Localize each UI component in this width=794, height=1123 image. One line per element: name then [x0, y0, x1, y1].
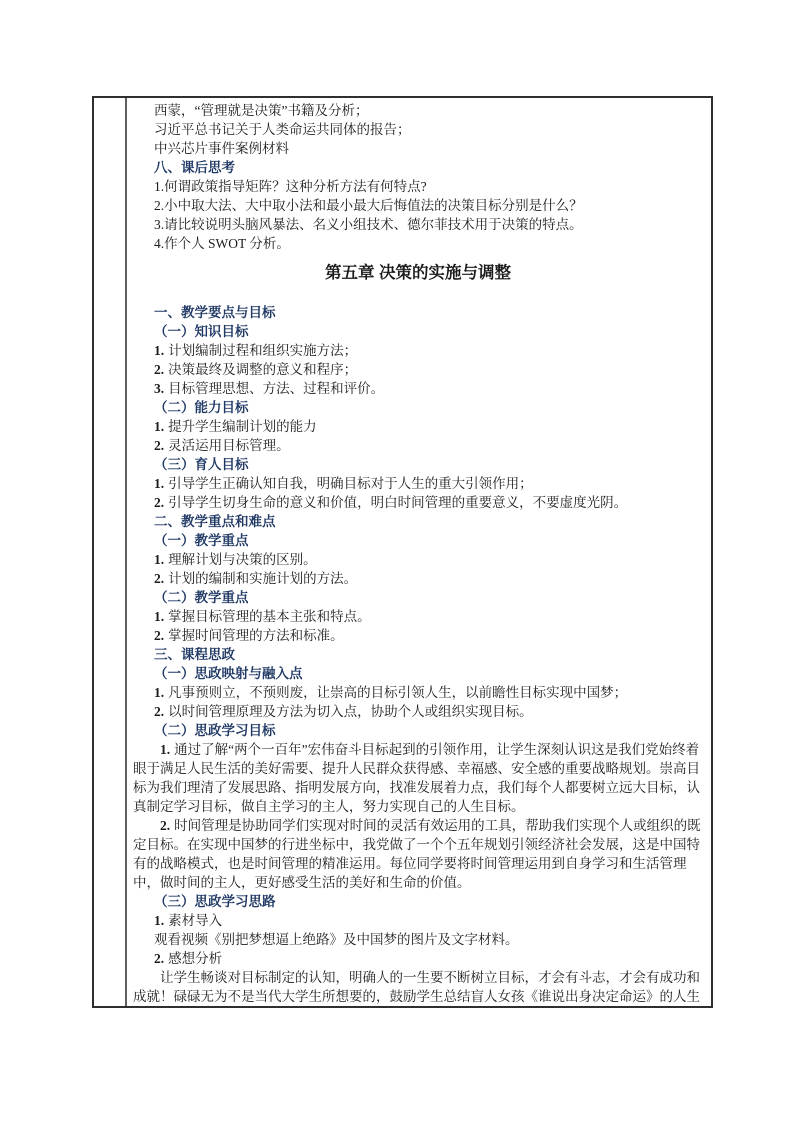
subsection-heading-keypoint-2: （二）教学重点 — [133, 588, 703, 607]
item-number: 3. — [154, 381, 164, 396]
item-text: 决策最终及调整的意义和程序； — [168, 362, 357, 377]
list-item: 1.提升学生编制计划的能力 — [133, 417, 703, 436]
item-number: 1. — [160, 742, 170, 757]
list-item: 2.掌握时间管理的方法和标准。 — [133, 626, 703, 645]
item-text: 感想分析 — [168, 951, 222, 966]
list-item: 1.计划编制过程和组织实施方法； — [133, 341, 703, 360]
list-item: 2.灵活运用目标管理。 — [133, 436, 703, 455]
list-item: 1.引导学生正确认知自我，明确目标对于人生的重大引领作用； — [133, 474, 703, 493]
item-number: 2. — [154, 951, 164, 966]
item-text: 目标管理思想、方法、过程和评价。 — [168, 381, 384, 396]
list-item: 1.理解计划与决策的区别。 — [133, 550, 703, 569]
item-text: 素材导入 — [168, 913, 222, 928]
item-number: 1. — [154, 609, 164, 624]
document-page: 西蒙，“管理就是决策”书籍及分析； 习近平总书记关于人类命运共同体的报告； 中兴… — [0, 0, 794, 1123]
homework-item: 3.请比较说明头脑风暴法、名义小组技术、德尔菲技术用于决策的特点。 — [133, 215, 703, 234]
item-text: 以时间管理原理及方法为切入点，协助个人或组织实现目标。 — [168, 704, 533, 719]
item-text: 引导学生正确认知自我，明确目标对于人生的重大引领作用； — [168, 476, 533, 491]
item-number: 1. — [154, 476, 164, 491]
item-number: 2. — [154, 438, 164, 453]
final-paragraph: 让学生畅谈对目标制定的认知，明确人的一生要不断树立目标，才会有斗志，才会有成功和… — [133, 968, 703, 1006]
item-number: 1. — [154, 685, 164, 700]
list-item: 1.掌握目标管理的基本主张和特点。 — [133, 607, 703, 626]
homework-heading: 八、课后思考 — [133, 158, 703, 177]
item-text: 计划的编制和实施计划的方法。 — [168, 571, 357, 586]
subsection-heading-ideology-mapping: （一）思政映射与融入点 — [133, 664, 703, 683]
table-content-cell: 西蒙，“管理就是决策”书籍及分析； 习近平总书记关于人类命运共同体的报告； 中兴… — [127, 98, 711, 1006]
chapter-title: 第五章 决策的实施与调整 — [133, 262, 703, 284]
material-line: 中兴芯片事件案例材料 — [133, 139, 703, 158]
paragraph-text: 让学生畅谈对目标制定的认知，明确人的一生要不断树立目标，才会有斗志，才会有成功和… — [133, 970, 700, 1006]
path-step-detail: 观看视频《别把梦想逼上绝路》及中国梦的图片及文字材料。 — [133, 930, 703, 949]
paragraph-text: 通过了解“两个一百年”宏伟奋斗目标起到的引领作用，让学生深刻认识这是我们党始终着… — [133, 742, 700, 814]
list-item: 3.目标管理思想、方法、过程和评价。 — [133, 379, 703, 398]
item-number: 1. — [154, 552, 164, 567]
list-item: 2.计划的编制和实施计划的方法。 — [133, 569, 703, 588]
ideology-goal-paragraph: 2.时间管理是协助同学们实现对时间的灵活有效运用的工具，帮助我们实现个人或组织的… — [133, 816, 703, 892]
item-number: 2. — [160, 818, 170, 833]
item-number: 2. — [154, 628, 164, 643]
item-text: 掌握时间管理的方法和标准。 — [168, 628, 344, 643]
homework-item: 1.何谓政策指导矩阵？这种分析方法有何特点? — [133, 177, 703, 196]
path-step: 2.感想分析 — [133, 949, 703, 968]
item-text: 提升学生编制计划的能力 — [168, 419, 317, 434]
list-item: 2.引导学生切身生命的意义和价值，明白时间管理的重要意义，不要虚度光阴。 — [133, 493, 703, 512]
list-item: 2.决策最终及调整的意义和程序； — [133, 360, 703, 379]
material-line: 习近平总书记关于人类命运共同体的报告； — [133, 120, 703, 139]
item-text: 计划编制过程和组织实施方法； — [168, 343, 357, 358]
material-line: 西蒙，“管理就是决策”书籍及分析； — [133, 101, 703, 120]
item-number: 1. — [154, 913, 164, 928]
item-text: 凡事预则立，不预则废，让崇高的目标引领人生，以前瞻性目标实现中国梦； — [168, 685, 627, 700]
item-number: 2. — [154, 362, 164, 377]
path-step: 1.素材导入 — [133, 911, 703, 930]
item-text: 灵活运用目标管理。 — [168, 438, 290, 453]
homework-item: 2.小中取大法、大中取小法和最小最大后悔值法的决策目标分别是什么？ — [133, 196, 703, 215]
item-text: 掌握目标管理的基本主张和特点。 — [168, 609, 371, 624]
item-number: 2. — [154, 495, 164, 510]
item-text: 引导学生切身生命的意义和价值，明白时间管理的重要意义，不要虚度光阴。 — [168, 495, 627, 510]
item-number: 2. — [154, 571, 164, 586]
paragraph-text: 时间管理是协助同学们实现对时间的灵活有效运用的工具，帮助我们实现个人或组织的既定… — [133, 818, 701, 890]
ideology-goal-paragraph: 1.通过了解“两个一百年”宏伟奋斗目标起到的引领作用，让学生深刻认识这是我们党始… — [133, 740, 703, 816]
subsection-heading-knowledge-goals: （一）知识目标 — [133, 322, 703, 341]
section-heading-keypoints: 二、教学重点和难点 — [133, 512, 703, 531]
homework-item: 4.作个人 SWOT 分析。 — [133, 234, 703, 253]
section-heading-teaching-goals: 一、教学要点与目标 — [133, 303, 703, 322]
subsection-heading-ideology-path: （三）思政学习思路 — [133, 892, 703, 911]
item-number: 1. — [154, 343, 164, 358]
item-text: 理解计划与决策的区别。 — [168, 552, 317, 567]
section-heading-ideology: 三、课程思政 — [133, 645, 703, 664]
item-number: 1. — [154, 419, 164, 434]
table-gutter-cell — [94, 98, 127, 1006]
item-number: 2. — [154, 704, 164, 719]
subsection-heading-ideology-goals: （二）思政学习目标 — [133, 721, 703, 740]
lesson-plan-table: 西蒙，“管理就是决策”书籍及分析； 习近平总书记关于人类命运共同体的报告； 中兴… — [92, 96, 713, 1008]
list-item: 1.凡事预则立，不预则废，让崇高的目标引领人生，以前瞻性目标实现中国梦； — [133, 683, 703, 702]
subsection-heading-nurture-goals: （三）育人目标 — [133, 455, 703, 474]
subsection-heading-ability-goals: （二）能力目标 — [133, 398, 703, 417]
subsection-heading-keypoint-1: （一）教学重点 — [133, 531, 703, 550]
list-item: 2.以时间管理原理及方法为切入点，协助个人或组织实现目标。 — [133, 702, 703, 721]
